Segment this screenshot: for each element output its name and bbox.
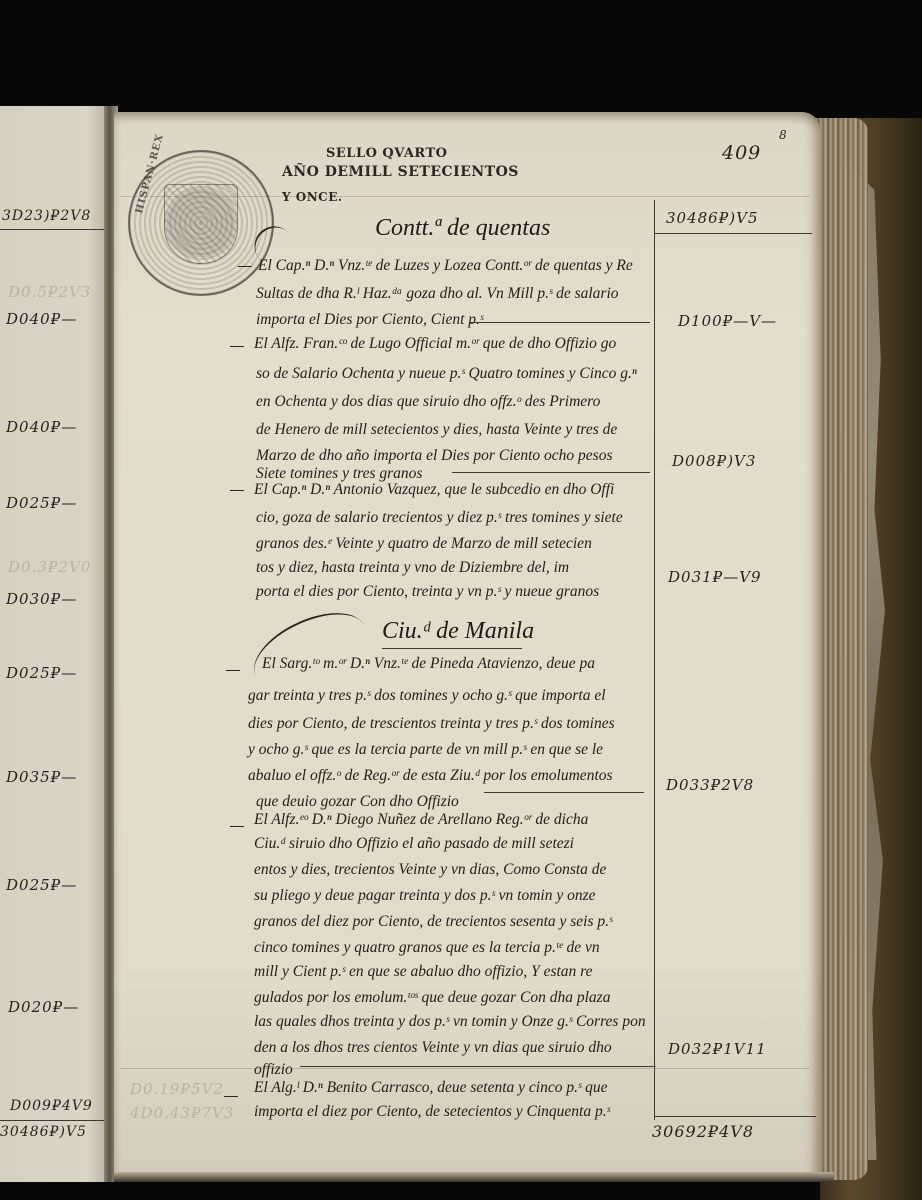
stamp-line-1: SELLO QVARTO — [326, 146, 448, 161]
entry-line: El Cap.ⁿ D.ⁿ Antonio Vazquez, que le sub… — [254, 482, 614, 498]
entry-line: su pliego y deue pagar treinta y dos p.ˢ… — [254, 888, 595, 904]
entry-line: cio, goza de salario trecientos y diez p… — [256, 510, 623, 526]
stamp-line-3: Y ONCE. — [282, 190, 343, 204]
section-heading-contaduria: Contt.ª de quentas — [375, 215, 550, 242]
entry-dash — [226, 670, 240, 671]
bleed-through-text: D0.3₽2V0 — [8, 558, 91, 576]
left-margin-amount: D040₽— — [6, 310, 77, 328]
entry-amount: D008₽)V3 — [672, 452, 756, 470]
entry-line: so de Salario Ochenta y nueue p.ˢ Quatro… — [256, 366, 637, 382]
entry-end-rule — [484, 792, 644, 793]
entry-end-rule — [300, 1066, 656, 1067]
left-margin-amount: D030₽— — [6, 590, 77, 608]
entry-line: El Alg.ˡ D.ⁿ Benito Carrasco, deue seten… — [254, 1080, 608, 1096]
left-margin-amount: D025₽— — [6, 664, 77, 682]
entry-line: Marzo de dho año importa el Dies por Cie… — [256, 448, 612, 464]
entry-amount: D033₽2V8 — [666, 776, 754, 794]
entry-line: abaluo el offz.ᵒ de Reg.ᵒʳ de esta Ziu.ᵈ… — [248, 768, 613, 784]
folio-superscript: 8 — [779, 128, 788, 142]
entry-line: El Sarg.ᵗᵒ m.ᵒʳ D.ⁿ Vnz.ᵗᵉ de Pineda Ata… — [262, 656, 595, 672]
entry-dash — [224, 1096, 238, 1097]
page-bottom-edge — [114, 1172, 834, 1182]
entry-line: den a los dhos tres cientos Veinte y vn … — [254, 1040, 612, 1056]
bleed-through-text: D0.5₽2V3 — [8, 283, 91, 301]
coat-of-arms-icon — [164, 184, 238, 264]
entry-line: importa el diez por Ciento, de setecient… — [254, 1104, 610, 1120]
entry-line: Siete tomines y tres granos — [256, 466, 422, 482]
entry-line: que deuio gozar Con dho Offizio — [256, 794, 459, 810]
entry-amount: D031₽—V9 — [668, 568, 762, 586]
amount-column-rule — [654, 200, 655, 1120]
page-total: 30692₽4V8 — [652, 1122, 754, 1141]
royal-seal-stamp: HISPAN·REX — [128, 150, 274, 296]
entry-line: tos y diez, hasta treinta y vno de Dizie… — [256, 560, 569, 576]
bleed-through-text: D0.19₽5V2 — [130, 1080, 224, 1098]
left-margin-amount: D035₽— — [6, 768, 77, 786]
left-margin-amount: D040₽— — [6, 418, 77, 436]
left-margin-amount: D025₽— — [6, 876, 77, 894]
entry-line: de Henero de mill setecientos y dies, ha… — [256, 422, 617, 438]
left-carried-header: 3D23)₽2V8 — [2, 208, 91, 224]
entry-dash — [230, 490, 244, 491]
entry-line: granos del diez por Ciento, de treciento… — [254, 914, 612, 930]
folio-number: 409 — [722, 142, 761, 164]
left-total: 30486₽)V5 — [0, 1124, 87, 1140]
entry-line: cinco tomines y quatro granos que es la … — [254, 940, 600, 956]
entry-end-rule — [470, 322, 650, 323]
stamp-line-2: AÑO DEMILL SETECIENTOS — [282, 164, 519, 180]
entry-end-rule — [452, 472, 650, 473]
entry-amount: D032₽1V11 — [668, 1040, 767, 1058]
entry-line: Ciu.ᵈ siruio dho Offizio el año pasado d… — [254, 836, 574, 852]
entry-line: offizio — [254, 1062, 293, 1078]
carried-forward-amount: 30486₽)V5 — [666, 209, 759, 227]
entry-line: y ocho g.ˢ que es la tercia parte de vn … — [248, 742, 603, 758]
entry-line: las quales dhos treinta y dos p.ˢ vn tom… — [254, 1014, 646, 1030]
entry-line: dies por Ciento, de trescientos treinta … — [248, 716, 615, 732]
left-header-rule — [0, 229, 106, 230]
left-total-rule — [0, 1120, 108, 1121]
entry-line: granos des.ᵉ Veinte y quatro de Marzo de… — [256, 536, 592, 552]
entry-amount: D100₽—V— — [678, 312, 777, 330]
entry-line: gar treinta y tres p.ˢ dos tomines y och… — [248, 688, 606, 704]
faint-rule — [120, 1068, 810, 1069]
entry-line: gulados por los emolum.ᵗᵒˢ que deue goza… — [254, 990, 610, 1006]
page-total-rule — [654, 1116, 816, 1117]
entry-dash — [230, 346, 244, 347]
left-page — [0, 106, 110, 1182]
entry-line: El Cap.ⁿ D.ⁿ Vnz.ᵗᵉ de Luzes y Lozea Con… — [258, 258, 633, 274]
entry-line: El Alfz.ᵉᵒ D.ⁿ Diego Nuñez de Arellano R… — [254, 812, 588, 828]
bleed-through-text: 4D0.43₽7V3 — [130, 1104, 234, 1122]
entry-line: mill y Cient p.ˢ en que se abaluo dho of… — [254, 964, 593, 980]
left-margin-amount: D020₽— — [8, 998, 79, 1016]
entry-line: importa el Dies por Ciento, Cient p.ˢ — [256, 312, 483, 328]
entry-line: El Alfz. Fran.ᶜᵒ de Lugo Official m.ᵒʳ q… — [254, 336, 616, 352]
entry-line: entos y dies, trecientos Veinte y vn dia… — [254, 862, 606, 878]
entry-line: Sultas de dha R.ˡ Haz.ᵈᵃ goza dho al. Vn… — [256, 286, 619, 302]
left-margin-amount: D025₽— — [6, 494, 77, 512]
entry-line: en Ochenta y dos dias que siruio dho off… — [256, 394, 600, 410]
carried-forward-rule — [654, 233, 812, 234]
entry-dash — [238, 266, 252, 267]
left-subtotal: D009₽4V9 — [10, 1098, 93, 1114]
section-heading-ciudad-de-manila: Ciu.ᵈ de Manila — [382, 618, 534, 645]
entry-line: porta el dies por Ciento, treinta y vn p… — [256, 584, 599, 600]
heading-underline — [382, 648, 522, 649]
entry-dash — [230, 826, 244, 827]
